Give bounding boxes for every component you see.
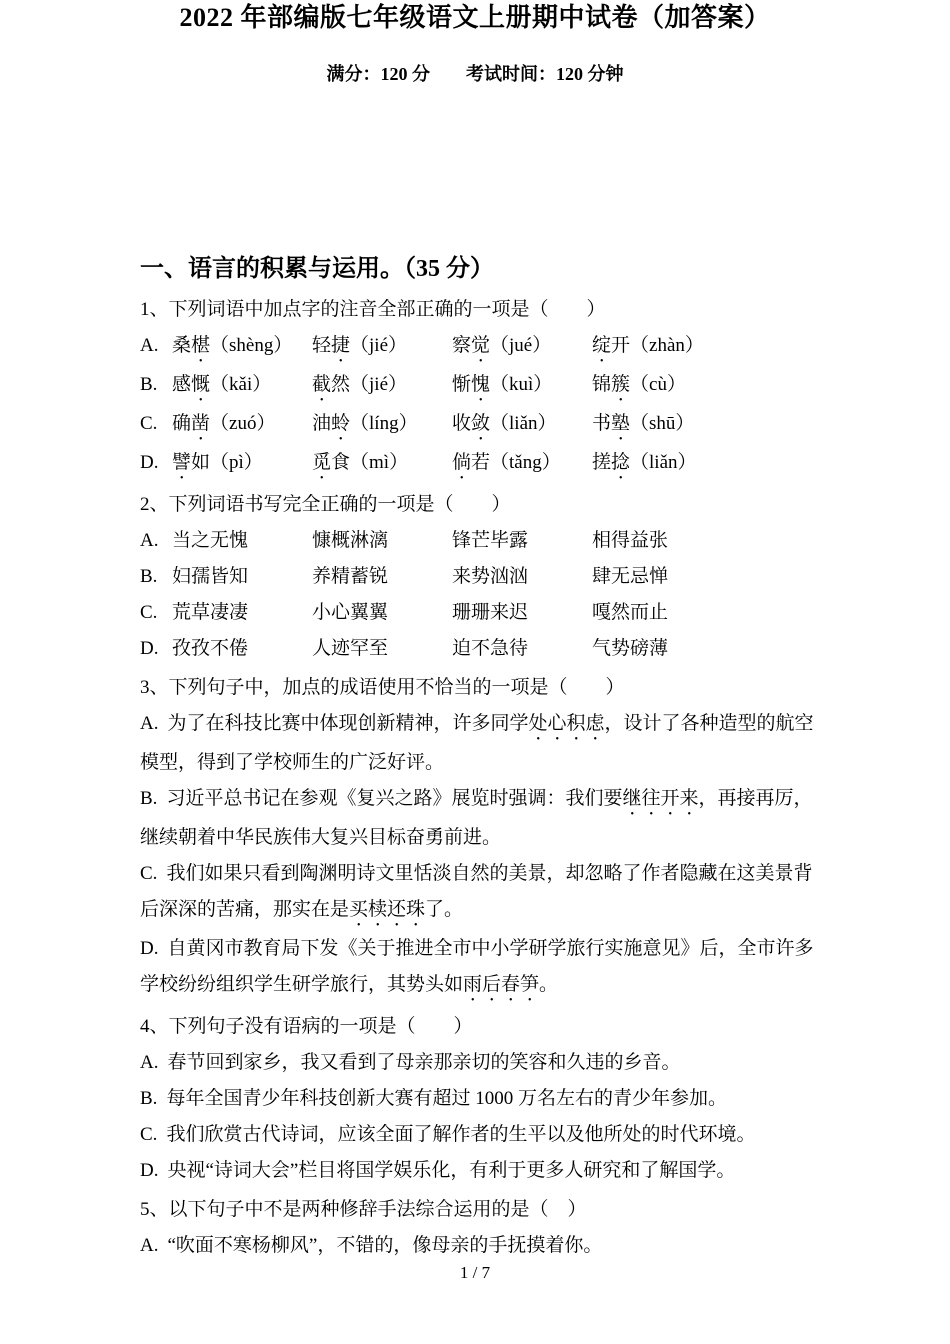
- question-4: 4、下列句子没有语病的一项是（ ）A.春节回到家乡，我又看到了母亲那亲切的笑容和…: [140, 1009, 820, 1189]
- option-label: D.: [140, 631, 172, 667]
- text-segment: 锦: [592, 374, 611, 395]
- option-item: 确凿（zuó）: [172, 406, 312, 445]
- emphasized-word: 绽: [592, 335, 611, 356]
- option-item: 感慨（kǎi）: [172, 367, 312, 406]
- emphasized-word: 买椟还珠: [349, 899, 425, 920]
- text-segment: “吹面不寒杨柳风”，不错的，像母亲的手抚摸着你。: [167, 1235, 602, 1256]
- text-segment: （kuì）: [490, 374, 552, 395]
- question-5: 5、以下句子中不是两种修辞手法综合运用的是（ ）A.“吹面不寒杨柳风”，不错的，…: [140, 1192, 820, 1264]
- text-segment: 珊珊来迟: [452, 602, 528, 623]
- option-row: C.荒草凄凄小心翼翼珊珊来迟嘎然而止: [140, 595, 820, 631]
- text-segment: 若（tǎng）: [471, 452, 561, 473]
- text-segment: （cù）: [630, 374, 686, 395]
- emphasized-word: 觅: [312, 452, 331, 473]
- option-label: A.: [140, 1052, 158, 1073]
- option-item: 嘎然而止: [592, 595, 820, 631]
- text-segment: 为了在科技比赛中体现创新精神，许多同学: [167, 713, 528, 734]
- text-segment: 荒草凄凄: [172, 602, 248, 623]
- question-2: 2、下列词语书写完全正确的一项是（ ）A.当之无愧慷概淋漓锋芒毕露相得益张B.妇…: [140, 487, 820, 667]
- text-segment: 收: [452, 413, 471, 434]
- option-label: A.: [140, 328, 172, 367]
- text-segment: 人迹罕至: [312, 638, 388, 659]
- option-row: C.确凿（zuó）油蛉（líng）收敛（liǎn）书塾（shū）: [140, 406, 820, 445]
- option-label: C.: [140, 1124, 157, 1145]
- option-item: 锋芒毕露: [452, 523, 592, 559]
- option-item: 绽开（zhàn）: [592, 328, 820, 367]
- question-list: 1、下列词语中加点字的注音全部正确的一项是（ ）A.桑椹（shèng）轻捷（ji…: [140, 292, 820, 1264]
- option-item: 书塾（shū）: [592, 406, 820, 445]
- text-segment: （líng）: [350, 413, 418, 434]
- option-paragraph: C.我们欣赏古代诗词，应该全面了解作者的生平以及他所处的时代环境。: [140, 1117, 820, 1153]
- option-item: 荒草凄凄: [172, 595, 312, 631]
- option-item: 孜孜不倦: [172, 631, 312, 667]
- option-item: 妇孺皆知: [172, 559, 312, 595]
- option-item: 养精蓄锐: [312, 559, 452, 595]
- option-label: B.: [140, 559, 172, 595]
- text-segment: （shèng）: [210, 335, 292, 356]
- document-body: 一、语言的积累与运用。（35 分） 1、下列词语中加点字的注音全部正确的一项是（…: [0, 86, 950, 1264]
- text-segment: （shū）: [630, 413, 694, 434]
- text-segment: 习近平总书记在参观《复兴之路》展览时强调：我们要: [166, 788, 622, 809]
- emphasized-word: 雨后春笋: [463, 974, 539, 995]
- emphasized-word: 愧: [471, 374, 490, 395]
- question-stem: 5、以下句子中不是两种修辞手法综合运用的是（ ）: [140, 1192, 820, 1228]
- emphasized-word: 倘: [452, 452, 471, 473]
- option-item: 相得益张: [592, 523, 820, 559]
- option-item: 察觉（jué）: [452, 328, 592, 367]
- emphasized-word: 凿: [191, 413, 210, 434]
- option-item: 人迹罕至: [312, 631, 452, 667]
- text-segment: 肆无忌惮: [592, 566, 668, 587]
- text-segment: 迫不急待: [452, 638, 528, 659]
- option-label: A.: [140, 1235, 158, 1256]
- option-row: A.当之无愧慷概淋漓锋芒毕露相得益张: [140, 523, 820, 559]
- text-segment: 小心翼翼: [312, 602, 388, 623]
- option-item: 油蛉（líng）: [312, 406, 452, 445]
- option-label: C.: [140, 406, 172, 445]
- text-segment: 察: [452, 335, 471, 356]
- option-item: 气势磅薄: [592, 631, 820, 667]
- text-segment: 我们欣赏古代诗词，应该全面了解作者的生平以及他所处的时代环境。: [166, 1124, 755, 1145]
- text-segment: 轻: [312, 335, 331, 356]
- emphasized-word: 譬: [172, 452, 191, 473]
- text-segment: 桑: [172, 335, 191, 356]
- text-segment: 书: [592, 413, 611, 434]
- option-paragraph: B.每年全国青少年科技创新大赛有超过 1000 万名左右的青少年参加。: [140, 1081, 820, 1117]
- option-item: 珊珊来迟: [452, 595, 592, 631]
- question-3: 3、下列句子中，加点的成语使用不恰当的一项是（ ）A.为了在科技比赛中体现创新精…: [140, 670, 820, 1006]
- option-paragraph: D.央视“诗词大会”栏目将国学娱乐化，有利于更多人研究和了解国学。: [140, 1153, 820, 1189]
- option-label: B.: [140, 788, 157, 809]
- text-segment: 油: [312, 413, 331, 434]
- option-item: 觅食（mì）: [312, 445, 452, 484]
- text-segment: （zuó）: [210, 413, 275, 434]
- option-row: D.譬如（pì）觅食（mì）倘若（tǎng）搓捻（liǎn）: [140, 445, 820, 484]
- emphasized-word: 处心积虑: [529, 713, 605, 734]
- option-item: 慷概淋漓: [312, 523, 452, 559]
- text-segment: 感: [172, 374, 191, 395]
- option-paragraph: A.春节回到家乡，我又看到了母亲那亲切的笑容和久违的乡音。: [140, 1045, 820, 1081]
- page-number: 1 / 7: [0, 1262, 950, 1284]
- emphasized-word: 捷: [331, 335, 350, 356]
- emphasized-word: 蛉: [331, 413, 350, 434]
- text-segment: 气势磅薄: [592, 638, 668, 659]
- option-paragraph: B.习近平总书记在参观《复兴之路》展览时强调：我们要继往开来，再接再厉，继续朝着…: [140, 781, 820, 856]
- text-segment: 孜孜不倦: [172, 638, 248, 659]
- question-1: 1、下列词语中加点字的注音全部正确的一项是（ ）A.桑椹（shèng）轻捷（ji…: [140, 292, 820, 484]
- document-title: 2022 年部编版七年级语文上册期中试卷（加答案）: [0, 0, 950, 36]
- text-segment: 确: [172, 413, 191, 434]
- option-item: 譬如（pì）: [172, 445, 312, 484]
- text-segment: 养精蓄锐: [312, 566, 388, 587]
- emphasized-word: 慨: [191, 374, 210, 395]
- text-segment: 了。: [425, 899, 463, 920]
- section-heading: 一、语言的积累与运用。（35 分）: [140, 252, 820, 286]
- text-segment: 相得益张: [592, 530, 668, 551]
- option-paragraph: A.“吹面不寒杨柳风”，不错的，像母亲的手抚摸着你。: [140, 1228, 820, 1264]
- emphasized-word: 椹: [191, 335, 210, 356]
- emphasized-word: 塾: [611, 413, 630, 434]
- question-stem: 2、下列词语书写完全正确的一项是（ ）: [140, 487, 820, 523]
- option-item: 来势汹汹: [452, 559, 592, 595]
- option-label: D.: [140, 938, 158, 959]
- document-subtitle: 满分：120 分 考试时间：120 分钟: [0, 62, 950, 86]
- option-paragraph: D.自黄冈市教育局下发《关于推进全市中小学研学旅行实施意见》后，全市许多学校纷纷…: [140, 931, 820, 1006]
- option-label: C.: [140, 863, 157, 884]
- option-label: D.: [140, 1160, 158, 1181]
- option-label: A.: [140, 523, 172, 559]
- option-item: 收敛（liǎn）: [452, 406, 592, 445]
- text-segment: （jié）: [350, 335, 407, 356]
- text-segment: （jué）: [490, 335, 551, 356]
- exam-document-page: 2022 年部编版七年级语文上册期中试卷（加答案） 满分：120 分 考试时间：…: [0, 0, 950, 1344]
- text-segment: 当之无愧: [172, 530, 248, 551]
- option-row: A.桑椹（shèng）轻捷（jié）察觉（jué）绽开（zhàn）: [140, 328, 820, 367]
- text-segment: 惭: [452, 374, 471, 395]
- option-label: A.: [140, 713, 158, 734]
- text-segment: 如（pì）: [191, 452, 263, 473]
- emphasized-word: 觉: [471, 335, 490, 356]
- option-row: D.孜孜不倦人迹罕至迫不急待气势磅薄: [140, 631, 820, 667]
- option-label: D.: [140, 445, 172, 484]
- text-segment: 我们如果只看到陶渊明诗文里恬淡自然的美景，却忽略了作者隐藏在这美景背后深深的苦痛…: [140, 863, 812, 920]
- option-item: 迫不急待: [452, 631, 592, 667]
- question-stem: 4、下列句子没有语病的一项是（ ）: [140, 1009, 820, 1045]
- option-item: 桑椹（shèng）: [172, 328, 312, 367]
- option-item: 倘若（tǎng）: [452, 445, 592, 484]
- option-item: 小心翼翼: [312, 595, 452, 631]
- text-segment: 妇孺皆知: [172, 566, 248, 587]
- option-item: 肆无忌惮: [592, 559, 820, 595]
- emphasized-word: 继往开来: [622, 788, 698, 809]
- emphasized-word: 敛: [471, 413, 490, 434]
- text-segment: （liǎn）: [630, 452, 697, 473]
- option-item: 搓捻（liǎn）: [592, 445, 820, 484]
- emphasized-word: 捻: [611, 452, 630, 473]
- emphasized-word: 簇: [611, 374, 630, 395]
- emphasized-word: 截: [312, 374, 331, 395]
- option-label: B.: [140, 367, 172, 406]
- text-segment: 嘎然而止: [592, 602, 668, 623]
- text-segment: 央视“诗词大会”栏目将国学娱乐化，有利于更多人研究和了解国学。: [167, 1160, 735, 1181]
- option-item: 惭愧（kuì）: [452, 367, 592, 406]
- text-segment: 来势汹汹: [452, 566, 528, 587]
- text-segment: 锋芒毕露: [452, 530, 528, 551]
- question-stem: 3、下列句子中，加点的成语使用不恰当的一项是（ ）: [140, 670, 820, 706]
- option-label: B.: [140, 1088, 157, 1109]
- question-stem: 1、下列词语中加点字的注音全部正确的一项是（ ）: [140, 292, 820, 328]
- text-segment: （liǎn）: [490, 413, 557, 434]
- text-segment: 春节回到家乡，我又看到了母亲那亲切的笑容和久违的乡音。: [167, 1052, 680, 1073]
- text-segment: 每年全国青少年科技创新大赛有超过 1000 万名左右的青少年参加。: [166, 1088, 727, 1109]
- text-segment: 食（mì）: [331, 452, 408, 473]
- option-row: B.妇孺皆知养精蓄锐来势汹汹肆无忌惮: [140, 559, 820, 595]
- option-item: 锦簇（cù）: [592, 367, 820, 406]
- text-segment: 搓: [592, 452, 611, 473]
- text-segment: （kǎi）: [210, 374, 271, 395]
- text-segment: 慷概淋漓: [312, 530, 388, 551]
- option-item: 当之无愧: [172, 523, 312, 559]
- option-paragraph: A.为了在科技比赛中体现创新精神，许多同学处心积虑，设计了各种造型的航空模型，得…: [140, 706, 820, 781]
- text-segment: 然（jié）: [331, 374, 407, 395]
- option-label: C.: [140, 595, 172, 631]
- option-item: 轻捷（jié）: [312, 328, 452, 367]
- option-item: 截然（jié）: [312, 367, 452, 406]
- option-paragraph: C.我们如果只看到陶渊明诗文里恬淡自然的美景，却忽略了作者隐藏在这美景背后深深的…: [140, 856, 820, 931]
- option-row: B.感慨（kǎi）截然（jié）惭愧（kuì）锦簇（cù）: [140, 367, 820, 406]
- text-segment: 。: [539, 974, 558, 995]
- text-segment: 开（zhàn）: [611, 335, 704, 356]
